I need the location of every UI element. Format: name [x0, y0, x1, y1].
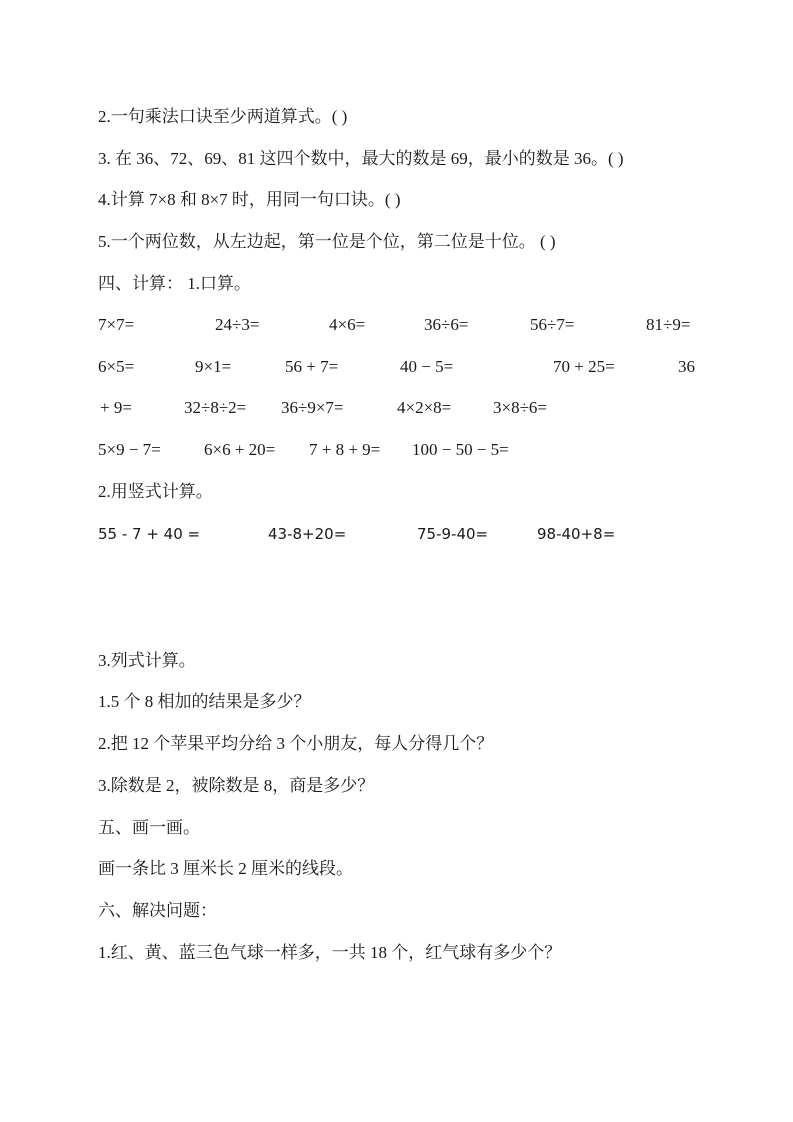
oral-item: 40 − 5= [400, 356, 453, 378]
oral-item: 56÷7= [530, 314, 574, 336]
vertical-heading: 2.用竖式计算。 [98, 481, 213, 503]
judgement-q5: 5.一个两位数，从左边起，第一位是个位，第二位是十位。 ( ) [98, 231, 556, 253]
oral-item: 81÷9= [646, 314, 690, 336]
oral-item: 9×1= [195, 356, 231, 378]
oral-item: 3×8÷6= [493, 397, 547, 419]
oral-item: 6×6 + 20= [204, 439, 275, 461]
oral-item: 5×9 − 7= [98, 439, 161, 461]
equation-item-3: 3.除数是 2，被除数是 8，商是多少？ [98, 775, 374, 797]
problem-1: 1.红、黄、蓝三色气球一样多，一共 18 个，红气球有多少个？ [98, 942, 561, 964]
vertical-item: 75-9-40= [417, 523, 488, 545]
equation-heading: 3.列式计算。 [98, 650, 196, 672]
oral-item: 36÷9×7= [281, 397, 344, 419]
judgement-q2: 2.一句乘法口诀至少两道算式。( ) [98, 106, 347, 128]
oral-item: 6×5= [98, 356, 134, 378]
oral-item: 36÷6= [424, 314, 468, 336]
oral-item: 70 + 25= [553, 356, 615, 378]
section6-heading: 六、解决问题： [98, 900, 217, 922]
oral-item: 100 − 50 − 5= [412, 439, 509, 461]
judgement-q4: 4.计算 7×8 和 8×7 时，用同一句口诀。( ) [98, 189, 401, 211]
oral-item: 24÷3= [215, 314, 259, 336]
equation-item-1: 1.5 个 8 相加的结果是多少？ [98, 691, 311, 713]
judgement-q3: 3. 在 36、72、69、81 这四个数中，最大的数是 69，最小的数是 36… [98, 148, 624, 170]
oral-item: 4×6= [329, 314, 365, 336]
oral-item: + 9= [100, 397, 132, 419]
oral-item: 7×7= [98, 314, 134, 336]
section4-heading: 四、计算： 1.口算。 [98, 273, 251, 295]
oral-item: 7 + 8 + 9= [309, 439, 380, 461]
equation-item-2: 2.把 12 个苹果平均分给 3 个小朋友，每人分得几个？ [98, 733, 493, 755]
oral-item: 32÷8÷2= [184, 397, 246, 419]
oral-item: 36 [678, 356, 695, 378]
vertical-item: 98-40+8= [537, 523, 615, 545]
oral-item: 4×2×8= [397, 397, 451, 419]
oral-item: 56 + 7= [285, 356, 338, 378]
vertical-item: 43-8+20= [268, 523, 346, 545]
section5-task: 画一条比 3 厘米长 2 厘米的线段。 [98, 858, 353, 880]
vertical-item: 55 - 7 + 40 = [98, 523, 200, 545]
section5-heading: 五、画一画。 [98, 817, 200, 839]
